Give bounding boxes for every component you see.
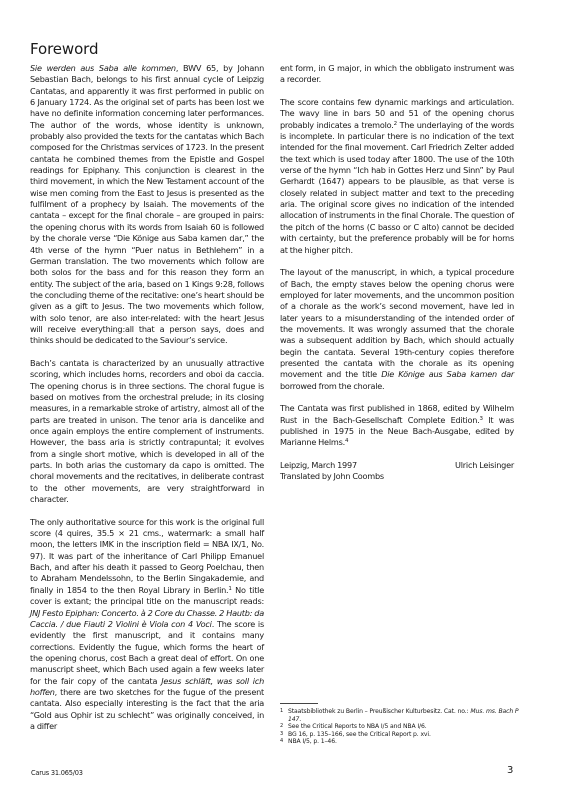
work-title: Sie werden aus Saba alle kommen xyxy=(30,63,176,73)
paragraph-text: , there are two sketches for the fugue o… xyxy=(30,687,264,731)
footnote-text: BG 16, p. 135–166, see the Critical Repo… xyxy=(288,731,431,739)
footnote-text: Staatsbibliothek zu Berlin – Preußischer… xyxy=(288,708,520,723)
right-column: ent form, in G major, in which the obbli… xyxy=(280,63,514,483)
place-date: Leipzig, March 1997 xyxy=(280,460,357,471)
footnote-number: 1 xyxy=(280,708,288,723)
author-name: Ulrich Leisinger xyxy=(455,460,514,471)
footnote-divider xyxy=(280,703,318,704)
paragraph-text: borrowed from the chorale. xyxy=(280,381,384,391)
paragraph-text: The layout of the manuscript, in which, … xyxy=(280,267,514,379)
footnote-text-part: . xyxy=(299,716,301,723)
catalog-number: Carus 31.065/03 xyxy=(31,769,83,777)
paragraph-layout: The layout of the manuscript, in which, … xyxy=(280,267,514,392)
paragraph-sources: The only authoritative source for this w… xyxy=(30,517,264,733)
footnote-4: 4 NBA I/5, p. 1–46. xyxy=(280,738,520,746)
footnote-3: 3 BG 16, p. 135–166, see the Critical Re… xyxy=(280,731,520,739)
footnote-ref-4[interactable]: 4 xyxy=(345,438,348,444)
paragraph-intro: Sie werden aus Saba alle kommen, BWV 65,… xyxy=(30,63,264,347)
page-title: Foreword xyxy=(30,40,98,58)
footnote-1: 1 Staatsbibliothek zu Berlin – Preußisch… xyxy=(280,708,520,723)
footnote-number: 4 xyxy=(280,738,288,746)
signature-line: Leipzig, March 1997 Ulrich Leisinger xyxy=(280,460,514,471)
footnote-number: 3 xyxy=(280,731,288,739)
paragraph-continuation: ent form, in G major, in which the obbli… xyxy=(280,63,514,86)
paragraph-publication: The Cantata was first published in 1868,… xyxy=(280,403,514,448)
paragraph-scoring: Bach’s cantata is characterized by an un… xyxy=(30,358,264,505)
footnote-2: 2 See the Critical Reports to NBA I/5 an… xyxy=(280,723,520,731)
footnote-text: See the Critical Reports to NBA I/5 and … xyxy=(288,723,427,731)
left-column: Sie werden aus Saba alle kommen, BWV 65,… xyxy=(30,63,264,732)
paragraph-text: The only authoritative source for this w… xyxy=(30,517,264,595)
paragraph-text: , BWV 65, by Johann Sebastian Bach, belo… xyxy=(30,63,264,345)
footnote-number: 2 xyxy=(280,723,288,731)
footnote-text: NBA I/5, p. 1–46. xyxy=(288,738,337,746)
page-number: 3 xyxy=(507,765,513,776)
alt-title: Die Könige aus Saba ka­men dar xyxy=(381,369,514,379)
translator-credit: Translated by John Coombs xyxy=(280,471,514,482)
signature-block: Leipzig, March 1997 Ulrich Leisinger Tra… xyxy=(280,460,514,483)
footnotes: 1 Staatsbibliothek zu Berlin – Preußisch… xyxy=(280,703,520,746)
footnote-text-part: Staatsbibliothek zu Berlin – Preußischer… xyxy=(288,708,470,715)
paragraph-text: The underlaying of the words is incomple… xyxy=(280,120,514,255)
paragraph-score-markings: The score contains few dynamic markings … xyxy=(280,97,514,256)
